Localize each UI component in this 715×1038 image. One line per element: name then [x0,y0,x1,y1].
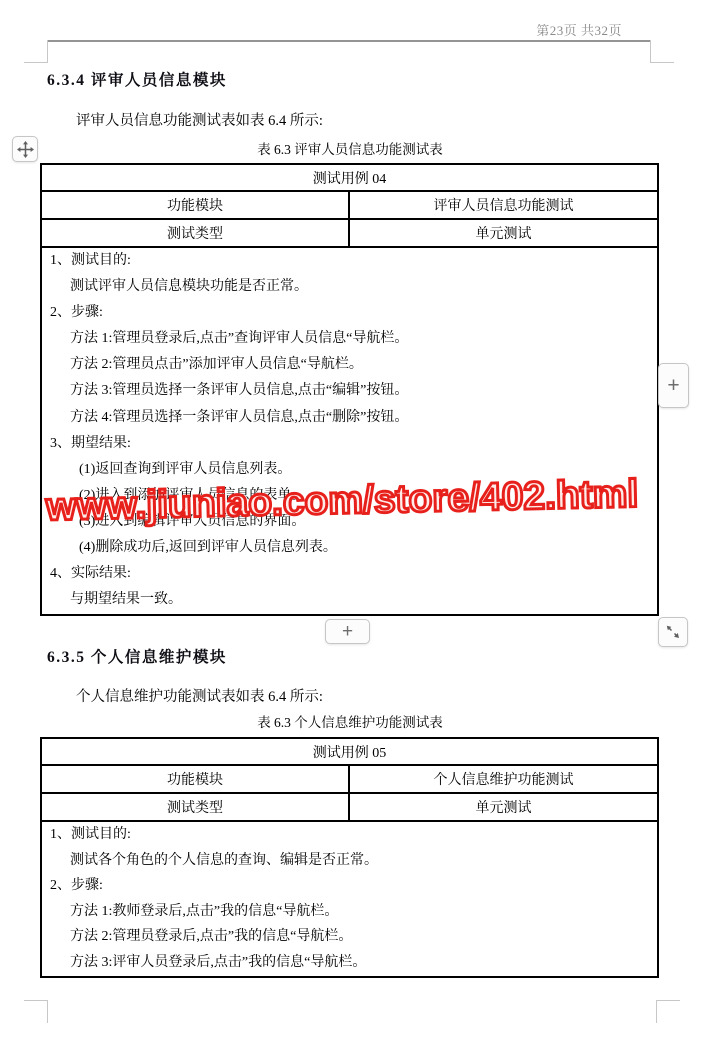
margin-crop-mark [47,1000,48,1023]
add-column-button[interactable]: + [658,363,689,408]
test-case-line: (1)返回查询到评审人员信息列表。 [42,457,657,483]
test-case-table-04: 测试用例 04 功能模块 评审人员信息功能测试 测试类型 单元测试 1、测试目的… [40,163,659,616]
table-resize-handle[interactable] [658,617,688,647]
diagonal-expand-arrows-icon [665,624,681,640]
test-case-line: 与期望结果一致。 [42,587,657,613]
test-case-line: 方法 1:管理员登录后,点击”查询评审人员信息“导航栏。 [42,326,657,352]
margin-crop-mark [650,62,674,63]
table-cell-value: 个人信息维护功能测试 [350,766,657,792]
test-case-line: 1、测试目的: [42,822,657,848]
table-caption-2: 表 6.3 个人信息维护功能测试表 [40,711,660,731]
move-cross-arrows-icon [17,141,34,158]
table-row: 功能模块 评审人员信息功能测试 [42,192,657,220]
section-heading-635: 6.3.5 个人信息维护模块 [47,645,227,667]
page-number-header: 第23页 共32页 [536,20,622,39]
table-cell-label: 测试类型 [42,794,350,820]
test-case-line: 1、测试目的: [42,248,657,274]
table-cell-label: 功能模块 [42,766,350,792]
add-row-button[interactable]: + [325,619,370,644]
table-move-handle[interactable] [12,136,38,162]
table-row: 功能模块 个人信息维护功能测试 [42,766,657,794]
margin-crop-mark [656,1000,680,1001]
table-cell-value: 单元测试 [350,794,657,820]
test-case-line: (4)删除成功后,返回到评审人员信息列表。 [42,535,657,561]
section-heading-634: 6.3.4 评审人员信息模块 [47,68,227,90]
margin-crop-mark [656,1000,657,1023]
table-row-case-title: 测试用例 05 [42,739,657,766]
test-case-body: 1、测试目的: 测试各个角色的个人信息的查询、编辑是否正常。 2、步骤: 方法 … [42,822,657,976]
test-case-body: 1、测试目的: 测试评审人员信息模块功能是否正常。 2、步骤: 方法 1:管理员… [42,248,657,613]
test-case-line: 方法 2:管理员点击”添加评审人员信息“导航栏。 [42,352,657,378]
test-case-table-05: 测试用例 05 功能模块 个人信息维护功能测试 测试类型 单元测试 1、测试目的… [40,737,659,978]
plus-icon: + [667,374,679,398]
test-case-line: 2、步骤: [42,873,657,899]
table-cell-label: 功能模块 [42,192,350,218]
test-case-line: 4、实际结果: [42,561,657,587]
table-caption-1: 表 6.3 评审人员信息功能测试表 [40,138,660,158]
plus-icon: + [342,621,353,643]
margin-crop-mark [650,40,651,63]
test-case-line: (3)进入到编辑评审人员信息的界面。 [42,509,657,535]
test-case-line: (2)进入到添加评审人员信息的表单。 [42,483,657,509]
margin-crop-mark [24,1000,48,1001]
document-page: 第23页 共32页 6.3.4 评审人员信息模块 评审人员信息功能测试表如表 6… [0,0,715,1038]
margin-crop-mark [24,62,48,63]
section-intro-634: 评审人员信息功能测试表如表 6.4 所示: [76,109,323,130]
section-intro-635: 个人信息维护功能测试表如表 6.4 所示: [76,685,323,706]
table-cell-value: 评审人员信息功能测试 [350,192,657,218]
header-rule [47,40,650,42]
table-row-case-title: 测试用例 04 [42,165,657,192]
test-case-line: 测试各个角色的个人信息的查询、编辑是否正常。 [42,848,657,874]
test-case-line: 方法 3:管理员选择一条评审人员信息,点击“编辑”按钮。 [42,378,657,404]
test-case-line: 方法 4:管理员选择一条评审人员信息,点击“删除”按钮。 [42,405,657,431]
table-cell-label: 测试类型 [42,220,350,246]
test-case-line: 方法 1:教师登录后,点击”我的信息“导航栏。 [42,899,657,925]
table-cell-value: 单元测试 [350,220,657,246]
table-row: 测试类型 单元测试 [42,794,657,822]
test-case-line: 3、期望结果: [42,431,657,457]
test-case-line: 2、步骤: [42,300,657,326]
table-row: 测试类型 单元测试 [42,220,657,248]
test-case-line: 方法 2:管理员登录后,点击”我的信息“导航栏。 [42,924,657,950]
margin-crop-mark [47,40,48,63]
test-case-line: 方法 3:评审人员登录后,点击”我的信息“导航栏。 [42,950,657,976]
test-case-line: 测试评审人员信息模块功能是否正常。 [42,274,657,300]
